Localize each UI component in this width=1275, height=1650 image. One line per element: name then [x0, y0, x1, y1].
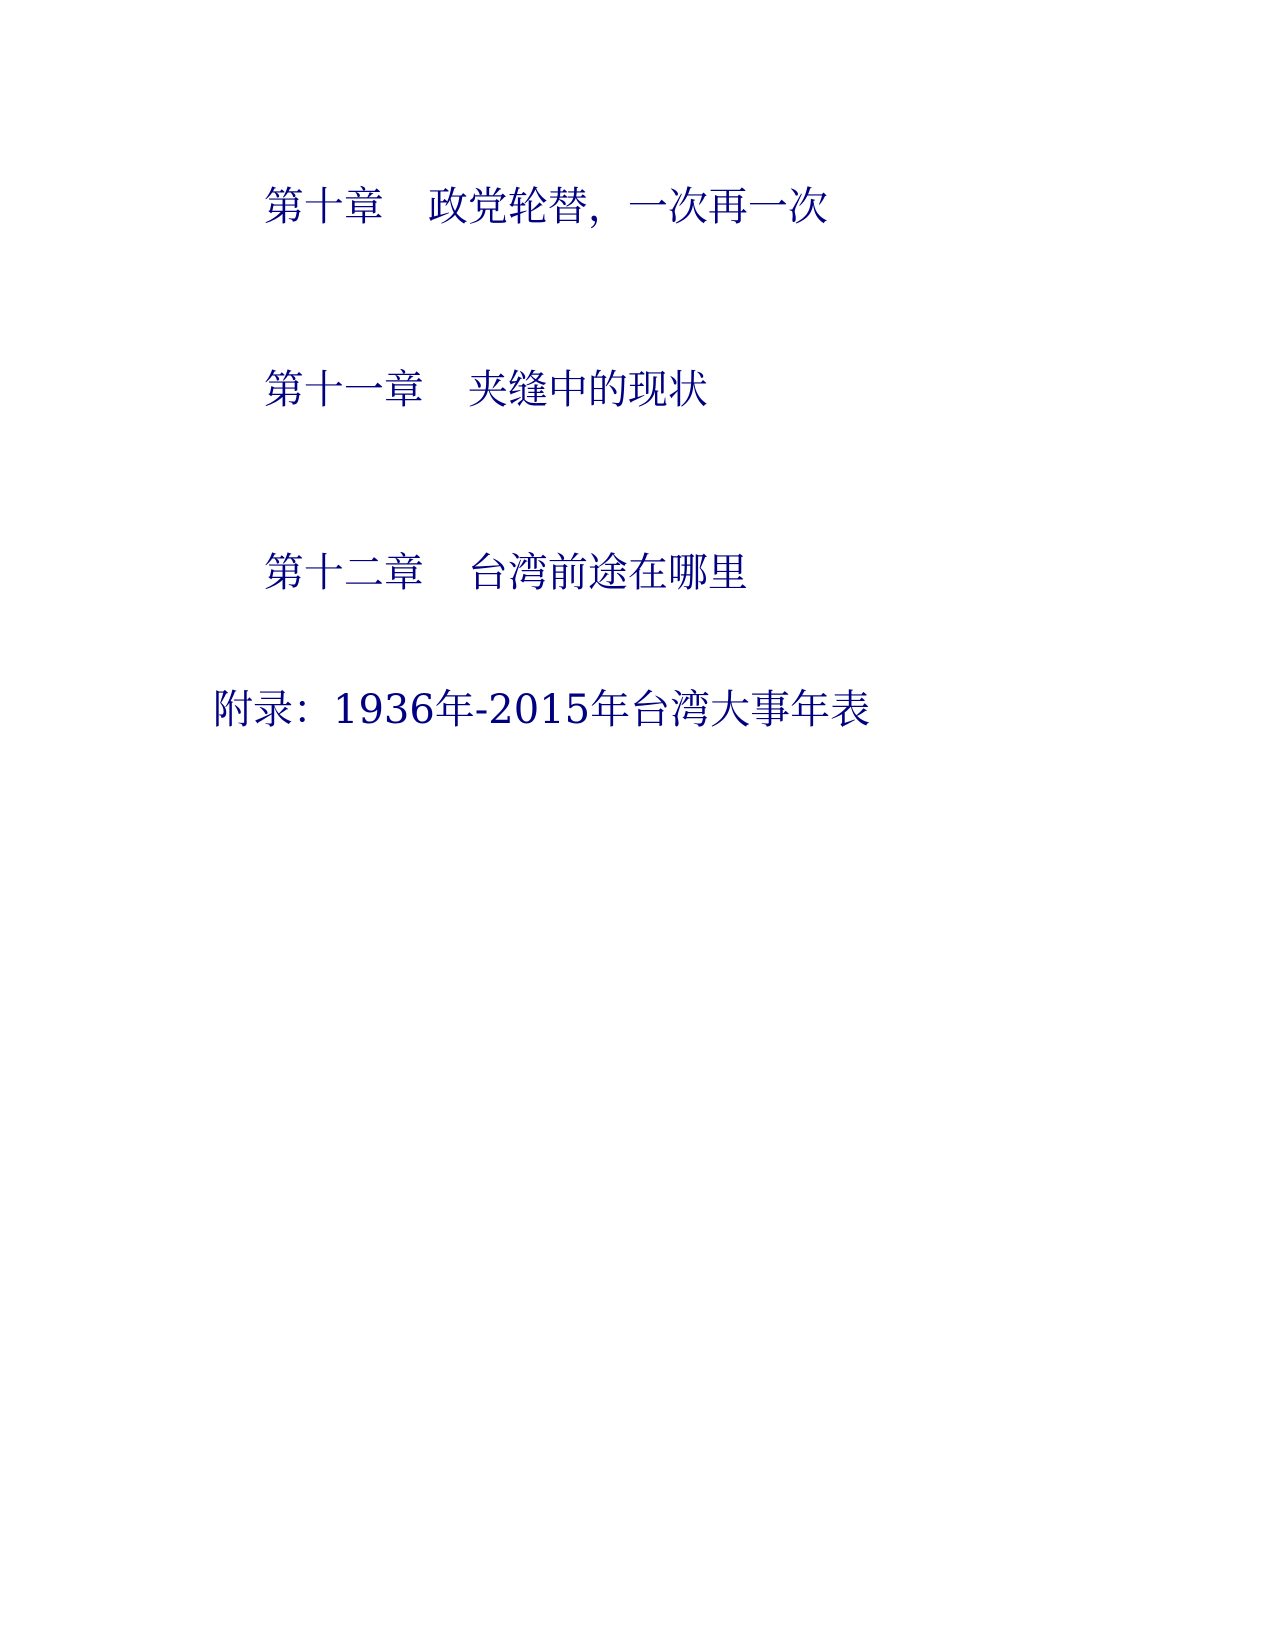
- toc-entry-chapter-10[interactable]: 第十章政党轮替，一次再一次: [213, 138, 870, 276]
- chapter-number: 第十一章: [264, 367, 424, 413]
- table-of-contents: 第十章政党轮替，一次再一次 第十一章夹缝中的现状 第十二章台湾前途在哪里 附录：…: [213, 138, 870, 778]
- chapter-title: 政党轮替，一次再一次: [428, 184, 828, 230]
- chapter-number: 第十二章: [264, 550, 424, 596]
- toc-entry-chapter-11[interactable]: 第十一章夹缝中的现状: [213, 321, 870, 459]
- chapter-title: 台湾前途在哪里: [468, 550, 748, 596]
- chapter-title: 夹缝中的现状: [468, 367, 708, 413]
- chapter-number: 第十章: [264, 184, 384, 230]
- toc-entry-chapter-12[interactable]: 第十二章台湾前途在哪里: [213, 504, 870, 642]
- toc-entry-appendix[interactable]: 附录：1936年-2015年台湾大事年表: [213, 687, 870, 733]
